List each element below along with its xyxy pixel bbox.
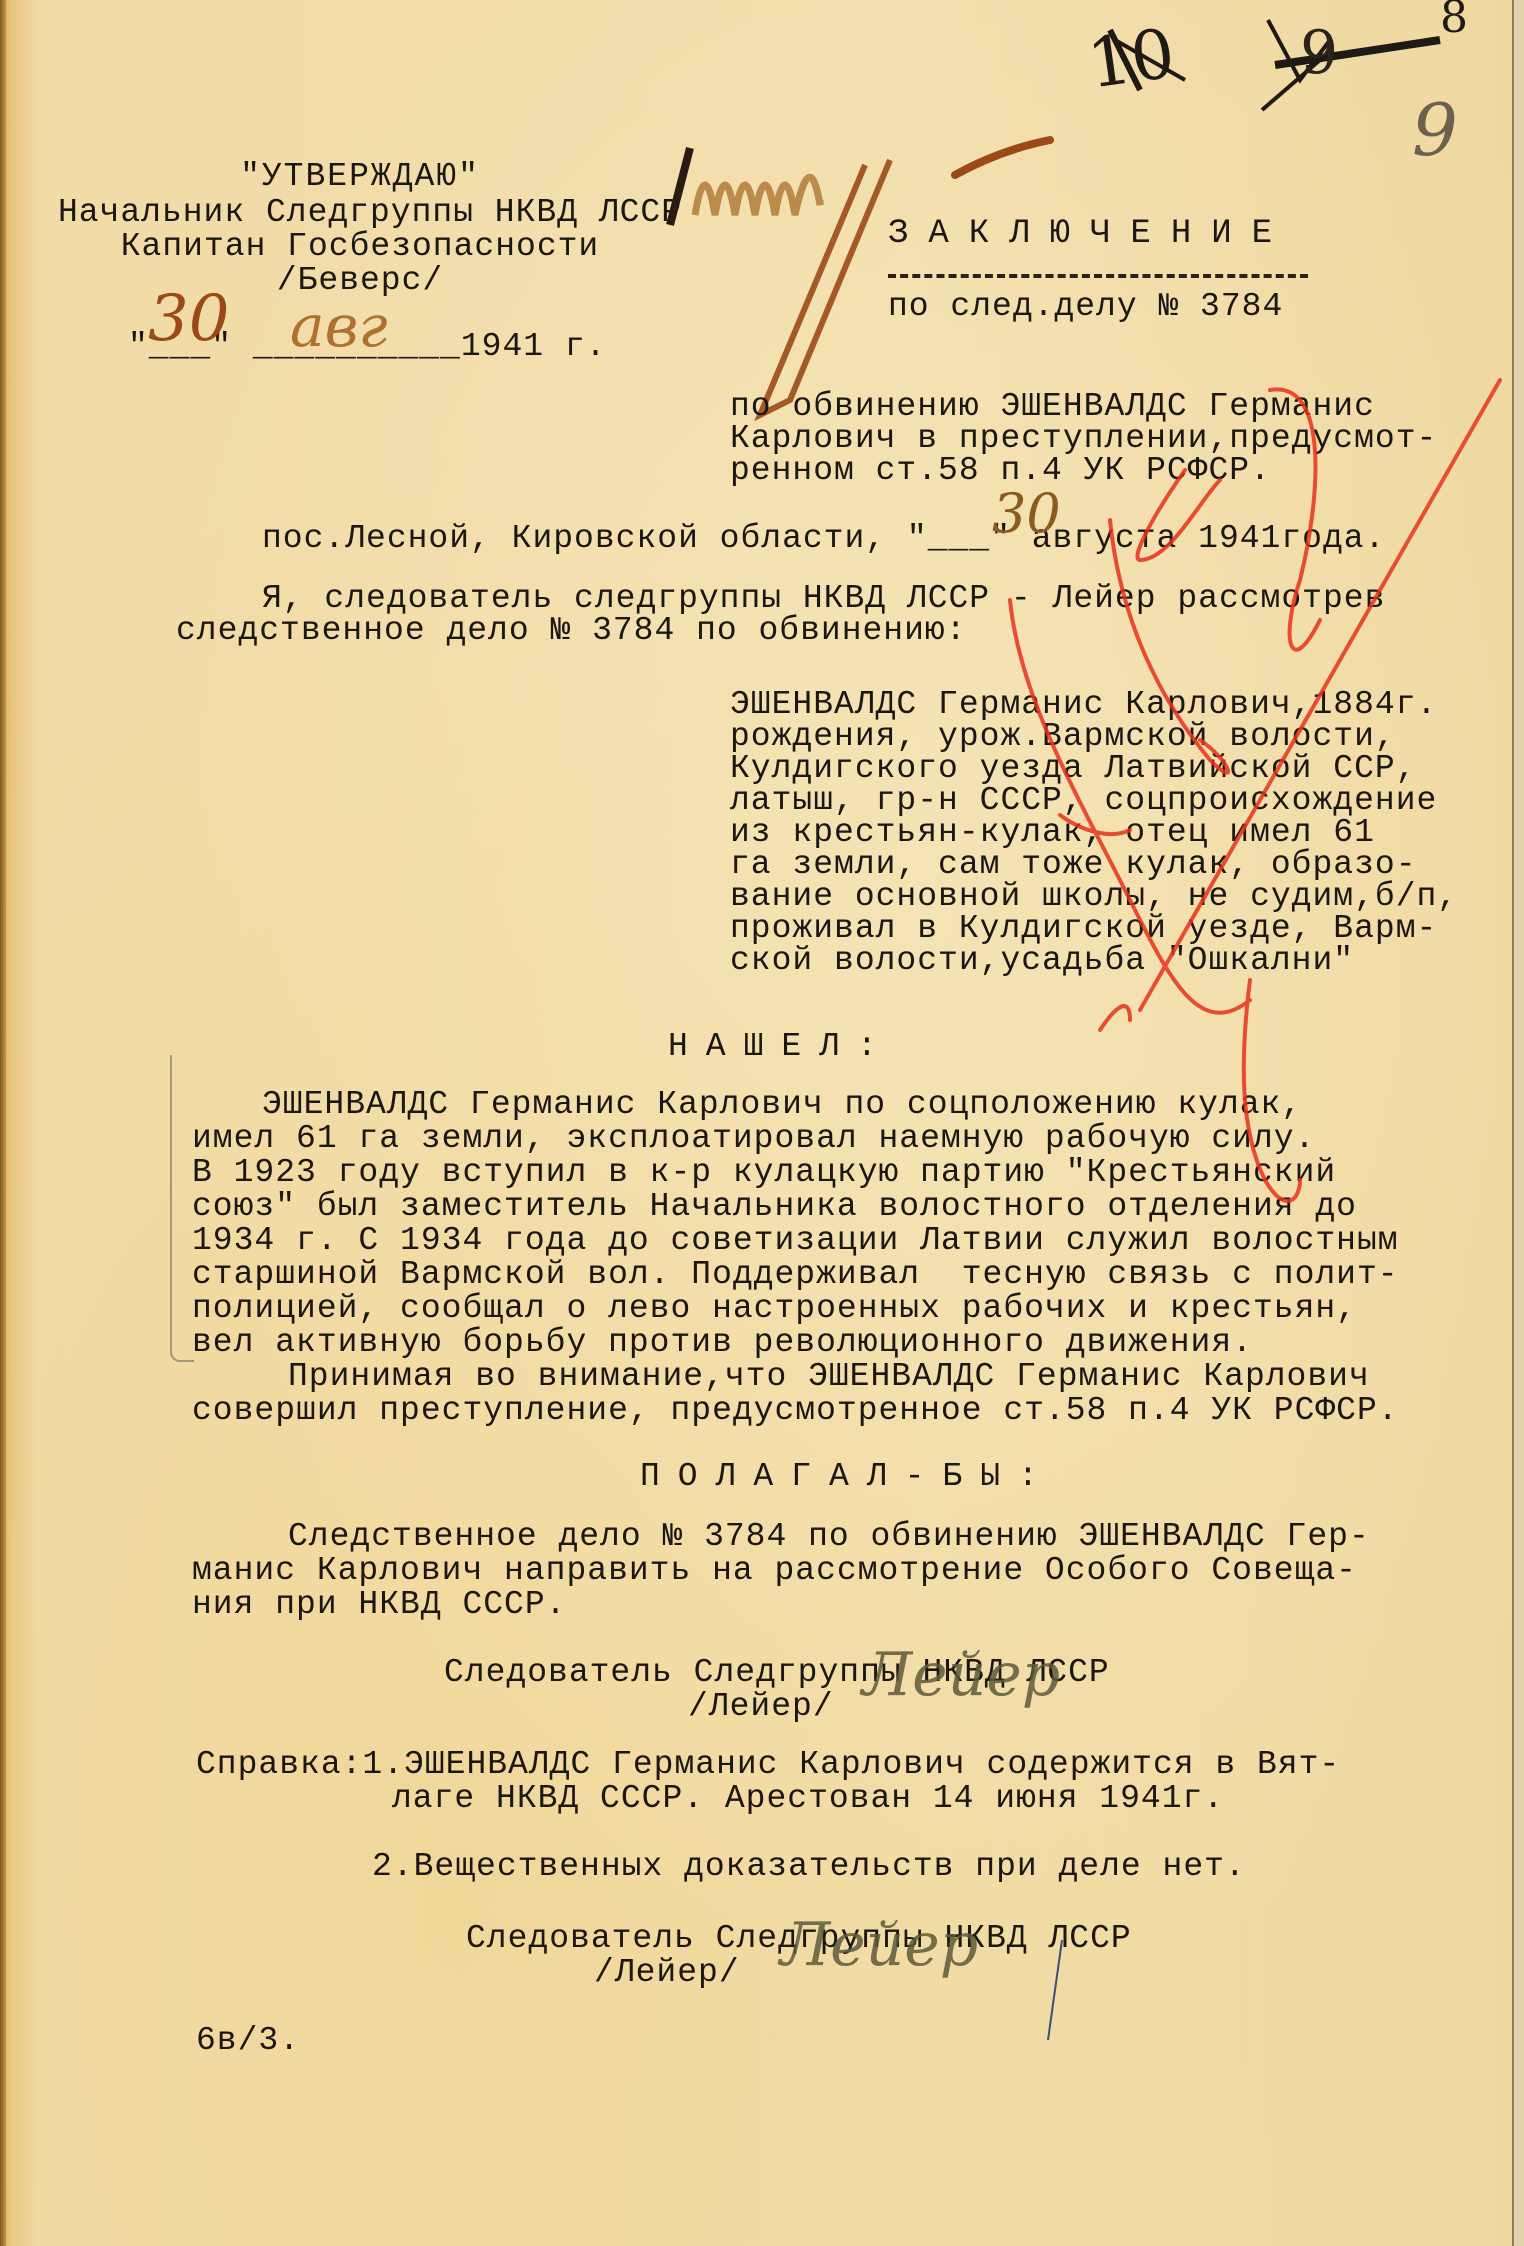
resolution-line: Следственное дело № 3784 по обвинению ЭШ… (288, 1518, 1370, 1556)
binding-edge (0, 0, 6, 2246)
resolution-line: манис Карлович направить на рассмотрение… (192, 1552, 1357, 1590)
profile-line: ской волости,усадьба "Ошкални" (730, 942, 1354, 980)
found-line: совершил преступление, предусмотренное с… (192, 1392, 1399, 1430)
found-heading: НАШЕЛ: (668, 1028, 895, 1066)
approval-heading: "УТВЕРЖДАЮ" (40, 158, 680, 196)
approval-name: /Беверс/ (40, 262, 680, 300)
signature-1-name: /Лейер/ (688, 1688, 834, 1726)
intro-line-2: следственное дело № 3784 по обвинению: (176, 612, 967, 650)
note-line-2: лаге НКВД СССР. Арестован 14 июня 1941г. (392, 1780, 1224, 1818)
found-line: имел 61 га земли, эксплоатировал наемную… (192, 1120, 1315, 1158)
found-line: полицией, сообщал о лево настроенных раб… (192, 1290, 1357, 1328)
note-line-3: 2.Вещественных доказательств при деле не… (372, 1848, 1246, 1886)
approval-position: Начальник Следгруппы НКВД ЛССР (30, 194, 710, 232)
approval-rank: Капитан Госбезопасности (40, 228, 680, 266)
footer-code: 6в/3. (196, 2022, 300, 2060)
case-number: по след.делу № 3784 (888, 288, 1283, 326)
found-line: старшиной Вармской вол. Поддерживал тесн… (192, 1256, 1399, 1294)
found-line: ЭШЕНВАЛДС Германис Карлович по соцположе… (262, 1086, 1302, 1124)
found-line: союз" был заместитель Начальника волостн… (192, 1188, 1357, 1226)
signature-2-name: /Лейер/ (594, 1954, 740, 1992)
note-line-1: Справка:1.ЭШЕНВАЛДС Германис Карлович со… (196, 1746, 1340, 1784)
found-line: Принимая во внимание,что ЭШЕНВАЛДС Герма… (288, 1358, 1370, 1396)
accusation-line-3: ренном ст.58 п.4 УК РСФСР. (730, 452, 1271, 490)
found-line: В 1923 году вступил в к-р кулацкую парти… (192, 1154, 1336, 1192)
document-title: ЗАКЛЮЧЕНИЕ (888, 215, 1292, 253)
found-line: вел активную борьбу против революционног… (192, 1324, 1253, 1362)
signature-1-title: Следователь Следгруппы НКВД ЛССР (444, 1654, 1110, 1692)
approval-date: "___" __________1941 г. (128, 328, 606, 366)
page-edge-strip (1512, 0, 1524, 2246)
resolution-line: ния при НКВД СССР. (192, 1586, 566, 1624)
title-underline (888, 274, 1308, 278)
place-and-date: пос.Лесной, Кировской области, "___" авг… (262, 520, 1385, 558)
signature-2-title: Следователь Следгруппы НКВД ЛССР (466, 1920, 1132, 1958)
resolution-heading: ПОЛАГАЛ-БЫ: (640, 1458, 1056, 1496)
found-line: 1934 г. С 1934 года до советизации Латви… (192, 1222, 1399, 1260)
pencil-margin-bracket (170, 1055, 194, 1362)
